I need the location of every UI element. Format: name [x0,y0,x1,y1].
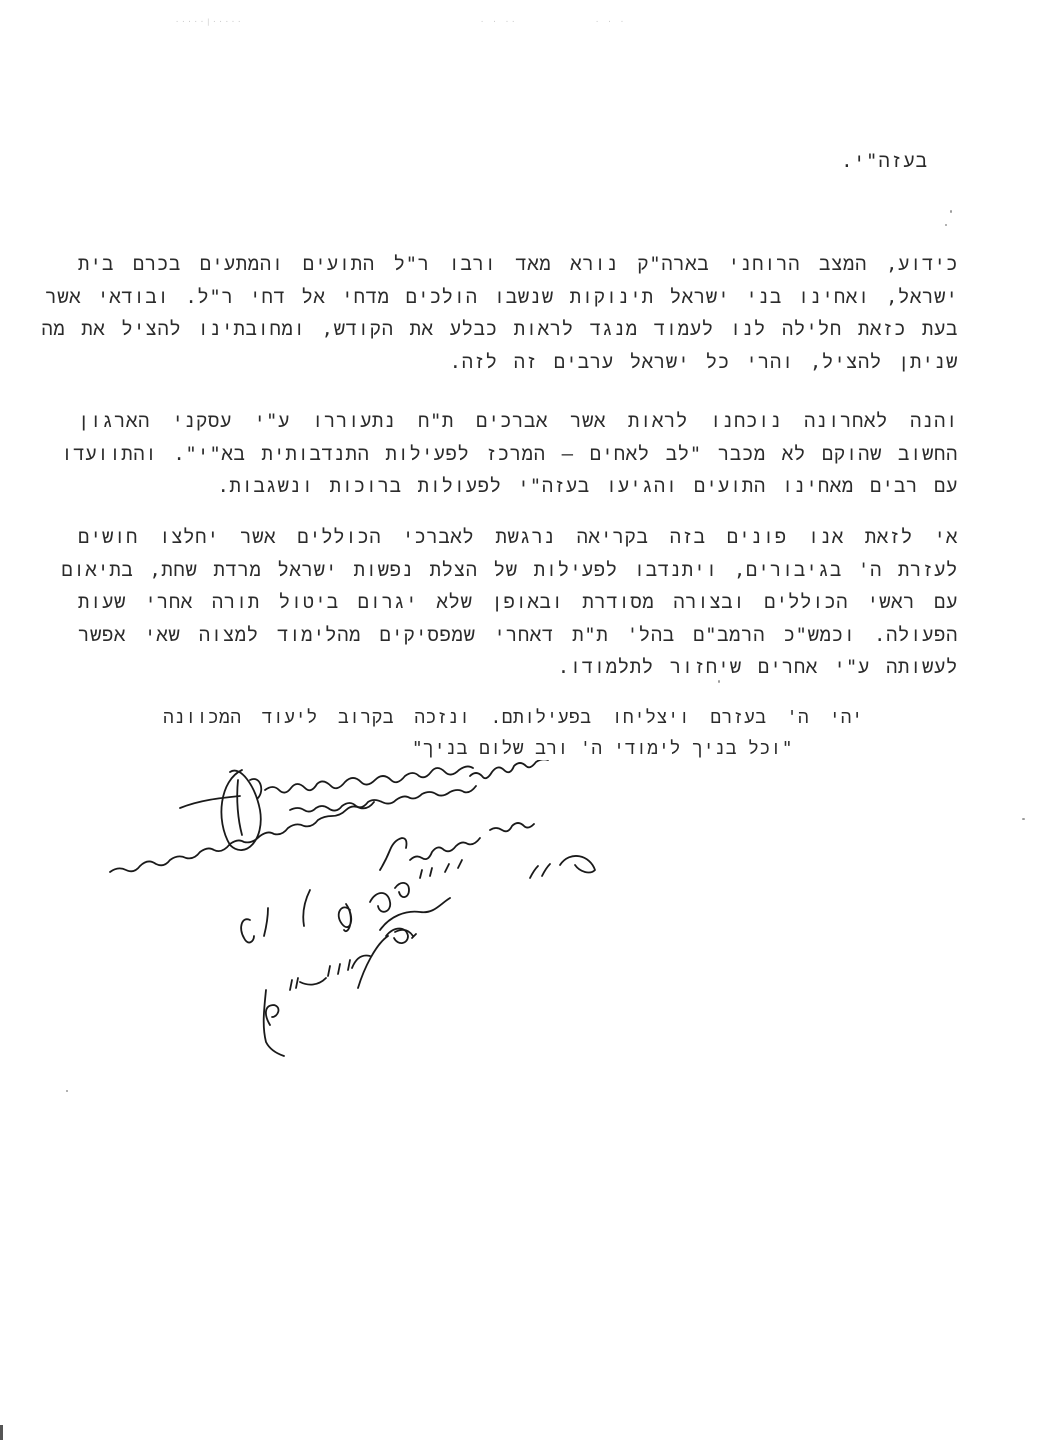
text-line: עם רבים מאחינו התועים והגיעו בעזה"י לפעו… [78,470,958,503]
text-line: לעשותה ע"י אחרים שיחזור לתלמודו. [78,651,958,684]
text-line: עם ראשי הכוללים ובצורה מסודרת ובאופן שלא… [78,586,958,619]
closing-line-1: יהי ה' בעזרם ויצליחו בפעילותם. ונזכה בקר… [163,702,863,733]
scan-speck [950,210,952,213]
text-line: ישראל, ואחינו בני ישראל תינוקות שנשבו הו… [78,281,958,314]
paragraph-2: והנה לאחרונה נוכחנו לראות אשר אברכים ת"ח… [78,405,958,503]
text-line: החשוב שהוקם לא מכבר "לב לאחים – המרכז לפ… [78,438,958,471]
text-line: כידוע, המצב הרוחני בארה"ק נורא מאד ורבו … [78,248,958,281]
text-line: אי לזאת אנו פונים בזה בקריאה נרגשת לאברכ… [78,521,958,554]
text-line: לעזרת ה' בגיבורים, ויתנדבו לפעילות של הצ… [78,554,958,587]
text-line: והנה לאחרונה נוכחנו לראות אשר אברכים ת"ח… [78,405,958,438]
text-line: בעת כזאת חלילה לנו לעמוד מנגד לראות כבלע… [78,313,958,346]
scan-speck [1022,818,1025,820]
scan-speck [945,224,947,226]
text-line: הפעולה. וכמש"כ הרמב"ם בהל' ת"ת דאחרי שמפ… [78,619,958,652]
signature-scribbles [90,760,650,1060]
paragraph-1: כידוע, המצב הרוחני בארה"ק נורא מאד ורבו … [78,248,958,378]
scan-artifacts: ·····|····· · · ·· · · · [175,18,775,26]
document-page: ·····|····· · · ·· · · · בעזה"י. כידוע, … [0,0,1043,1440]
handwritten-signatures [90,760,650,1060]
date-header: בעזה"י. [841,150,928,173]
scan-speck [66,1090,68,1092]
scan-edge-mark [0,1425,3,1440]
closing-blessing: יהי ה' בעזרם ויצליחו בפעילותם. ונזכה בקר… [163,702,863,764]
paragraph-3: אי לזאת אנו פונים בזה בקריאה נרגשת לאברכ… [78,521,958,684]
text-line: שניתן להציל, והרי כל ישראל ערבים זה לזה. [78,346,958,379]
